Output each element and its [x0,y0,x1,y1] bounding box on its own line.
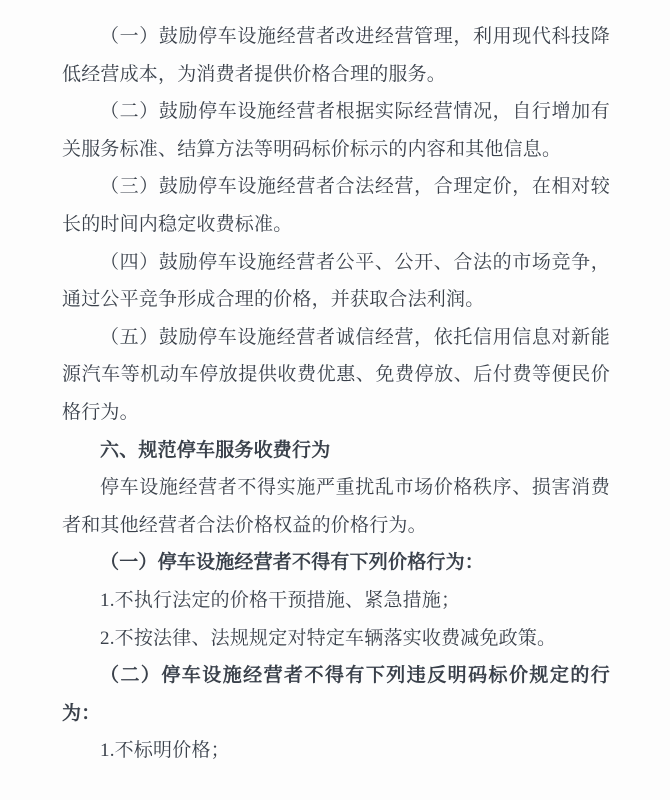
clause-1-line: （一）鼓励停车设施经营者改进经营管理，利用现代科技降 [62,18,610,56]
numbered-item-line: 1.不标明价格； [62,732,610,770]
clause-2-line: 关服务标准、结算方法等明码标价标示的内容和其他信息。 [62,131,610,169]
subclause-1-heading: （一）停车设施经营者不得有下列价格行为： [62,544,610,582]
clause-5-line: （五）鼓励停车设施经营者诚信经营，依托信用信息对新能 [62,319,610,357]
clause-2-line: （二）鼓励停车设施经营者根据实际经营情况，自行增加有 [62,93,610,131]
clause-1-line: 低经营成本，为消费者提供价格合理的服务。 [62,56,610,94]
subclause-2-heading-line: （二）停车设施经营者不得有下列违反明码标价规定的行 [62,657,610,695]
clause-4-line: （四）鼓励停车设施经营者公平、公开、合法的市场竞争， [62,244,610,282]
numbered-item-line: 1.不执行法定的价格干预措施、紧急措施； [62,582,610,620]
subclause-2-heading-line: 为： [62,695,610,733]
clause-3-line: 长的时间内稳定收费标准。 [62,206,610,244]
clause-5-line: 源汽车等机动车停放提供收费优惠、免费停放、后付费等便民价 [62,356,610,394]
section-6-body-line: 停车设施经营者不得实施严重扰乱市场价格秩序、损害消费 [62,469,610,507]
document-page: （一）鼓励停车设施经营者改进经营管理，利用现代科技降 低经营成本，为消费者提供价… [0,0,670,800]
clause-5-line: 格行为。 [62,394,610,432]
section-6-heading: 六、规范停车服务收费行为 [62,432,610,470]
clause-3-line: （三）鼓励停车设施经营者合法经营，合理定价，在相对较 [62,168,610,206]
clause-4-line: 通过公平竞争形成合理的价格，并获取合法利润。 [62,281,610,319]
numbered-item-line: 2.不按法律、法规规定对特定车辆落实收费减免政策。 [62,620,610,658]
section-6-body-line: 者和其他经营者合法价格权益的价格行为。 [62,507,610,545]
